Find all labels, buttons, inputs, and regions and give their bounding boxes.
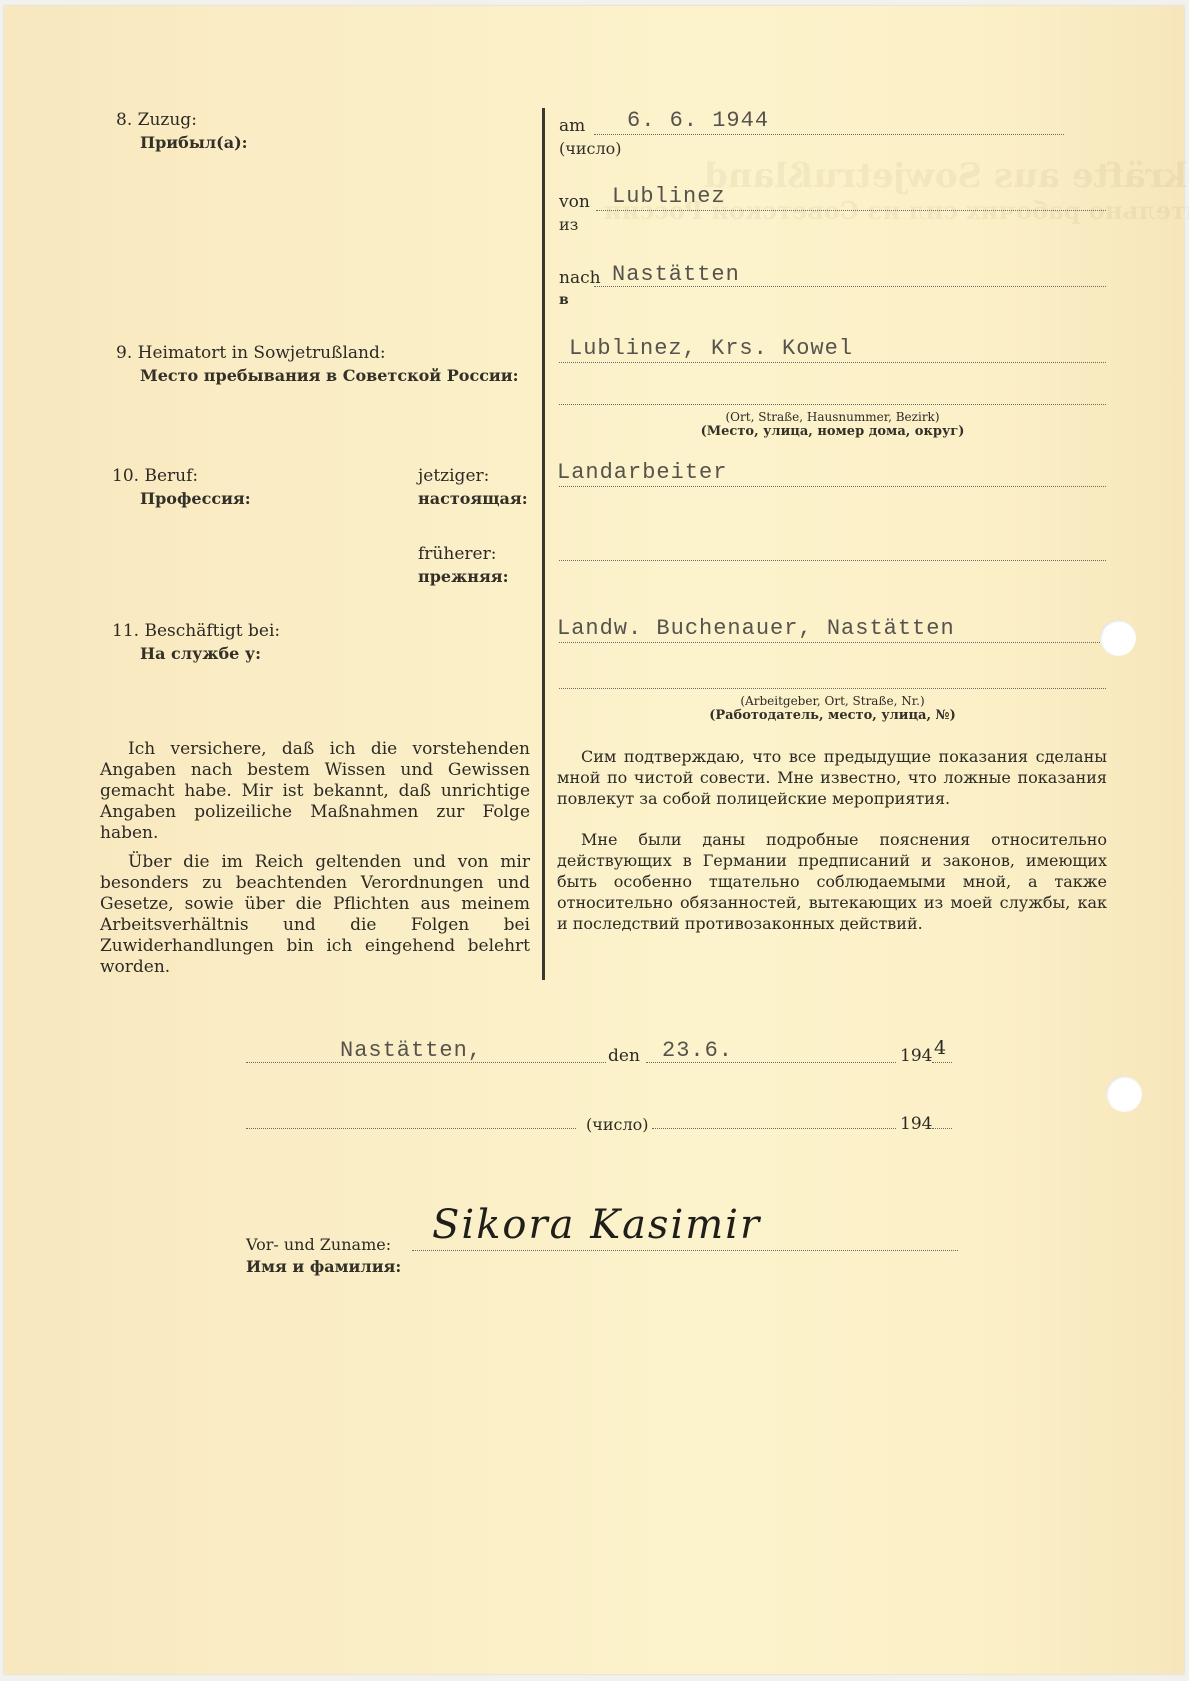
item11-line-2 [559,688,1106,689]
place-value[interactable]: Nastätten, [340,1038,482,1063]
item9-caption-de: (Ort, Straße, Hausnummer, Bezirk) [559,410,1106,425]
item9-value[interactable]: Lublinez, Krs. Kowel [569,336,853,361]
item10-former-ru: прежняя: [418,566,509,587]
day-value[interactable]: 23.6. [662,1038,733,1063]
item10-current-line [559,486,1106,487]
ru-year-prefix: 194 [900,1114,932,1135]
signature-label-de: Vor- und Zuname: [246,1234,391,1255]
item8-date-line [594,134,1064,135]
item8-from-prefix-de: von [559,192,590,213]
signature-line [412,1250,958,1251]
ru-year-line [932,1128,952,1129]
item8-from-value[interactable]: Lublinez [612,184,726,209]
declaration-de-paragraph-2: Über die im Reich geltenden und von mir … [100,852,530,978]
item9-label-de: 9. Heimatort in Sowjetrußland: [116,343,386,364]
item11-line-1 [559,642,1106,643]
item10-current-de: jetziger: [418,466,489,487]
year-prefix: 194 [900,1046,932,1067]
signature-label-ru: Имя и фамилия: [246,1256,401,1277]
item8-from-line [596,210,1106,211]
item10-current-ru: настоящая: [418,488,528,509]
declaration-ru: Сим подтверждаю, что все предыдущие пока… [557,746,1107,954]
item8-date-value[interactable]: 6. 6. 1944 [627,108,769,133]
column-divider [542,108,545,980]
item11-label-de: 11. Beschäftigt bei: [112,621,280,642]
item10-current-value[interactable]: Landarbeiter [557,460,727,485]
item8-label-ru: Прибыл(а): [140,132,248,153]
ru-day-line [652,1128,896,1129]
item9-caption-ru: (Место, улица, номер дома, округ) [559,424,1106,440]
punch-hole-top [1100,620,1136,656]
bleed-through-title: Aufenthaltsanzeige für Arbeitskräfte aus… [704,156,1189,196]
item9-line-2 [559,404,1106,405]
ru-number-label: (число) [586,1114,648,1135]
item8-date-prefix-de: am [559,116,585,137]
item10-former-de: früherer: [418,544,496,565]
item9-label-ru: Место пребывания в Советской России: [140,365,519,386]
signature-value[interactable]: Sikora Kasimir [432,1202,761,1248]
item8-label-de: 8. Zuzug: [116,110,197,131]
item11-value[interactable]: Landw. Buchenauer, Nastätten [557,616,955,641]
declaration-ru-paragraph-1: Сим подтверждаю, что все предыдущие пока… [557,746,1107,809]
item10-former-line [559,560,1106,561]
declaration-ru-paragraph-2: Мне были даны подробные пояснения относи… [557,829,1107,934]
declaration-de-paragraph-1: Ich versichere, daß ich die vorstehenden… [100,739,530,844]
punch-hole-bottom [1106,1076,1142,1112]
item8-from-prefix-ru: из [559,214,578,235]
item8-to-prefix-ru: в [559,290,569,311]
item8-date-prefix-ru: (число) [559,138,621,159]
year-line [932,1062,952,1063]
item11-caption-de: (Arbeitgeber, Ort, Straße, Nr.) [559,694,1106,709]
document-page: Aufenthaltsanzeige für Arbeitskräfte aus… [4,6,1184,1674]
ru-place-line [246,1128,576,1129]
item10-label-ru: Профессия: [140,488,251,509]
item11-label-ru: На службе у: [140,643,261,664]
item8-to-value[interactable]: Nastätten [612,262,740,287]
declaration-de: Ich versichere, daß ich die vorstehenden… [100,739,530,986]
year-suffix-value[interactable]: 4 [934,1038,946,1059]
item10-label-de: 10. Beruf: [112,466,198,487]
den-label: den [608,1046,640,1067]
item11-caption-ru: (Работодатель, место, улица, №) [559,708,1106,724]
item9-line-1 [559,362,1106,363]
